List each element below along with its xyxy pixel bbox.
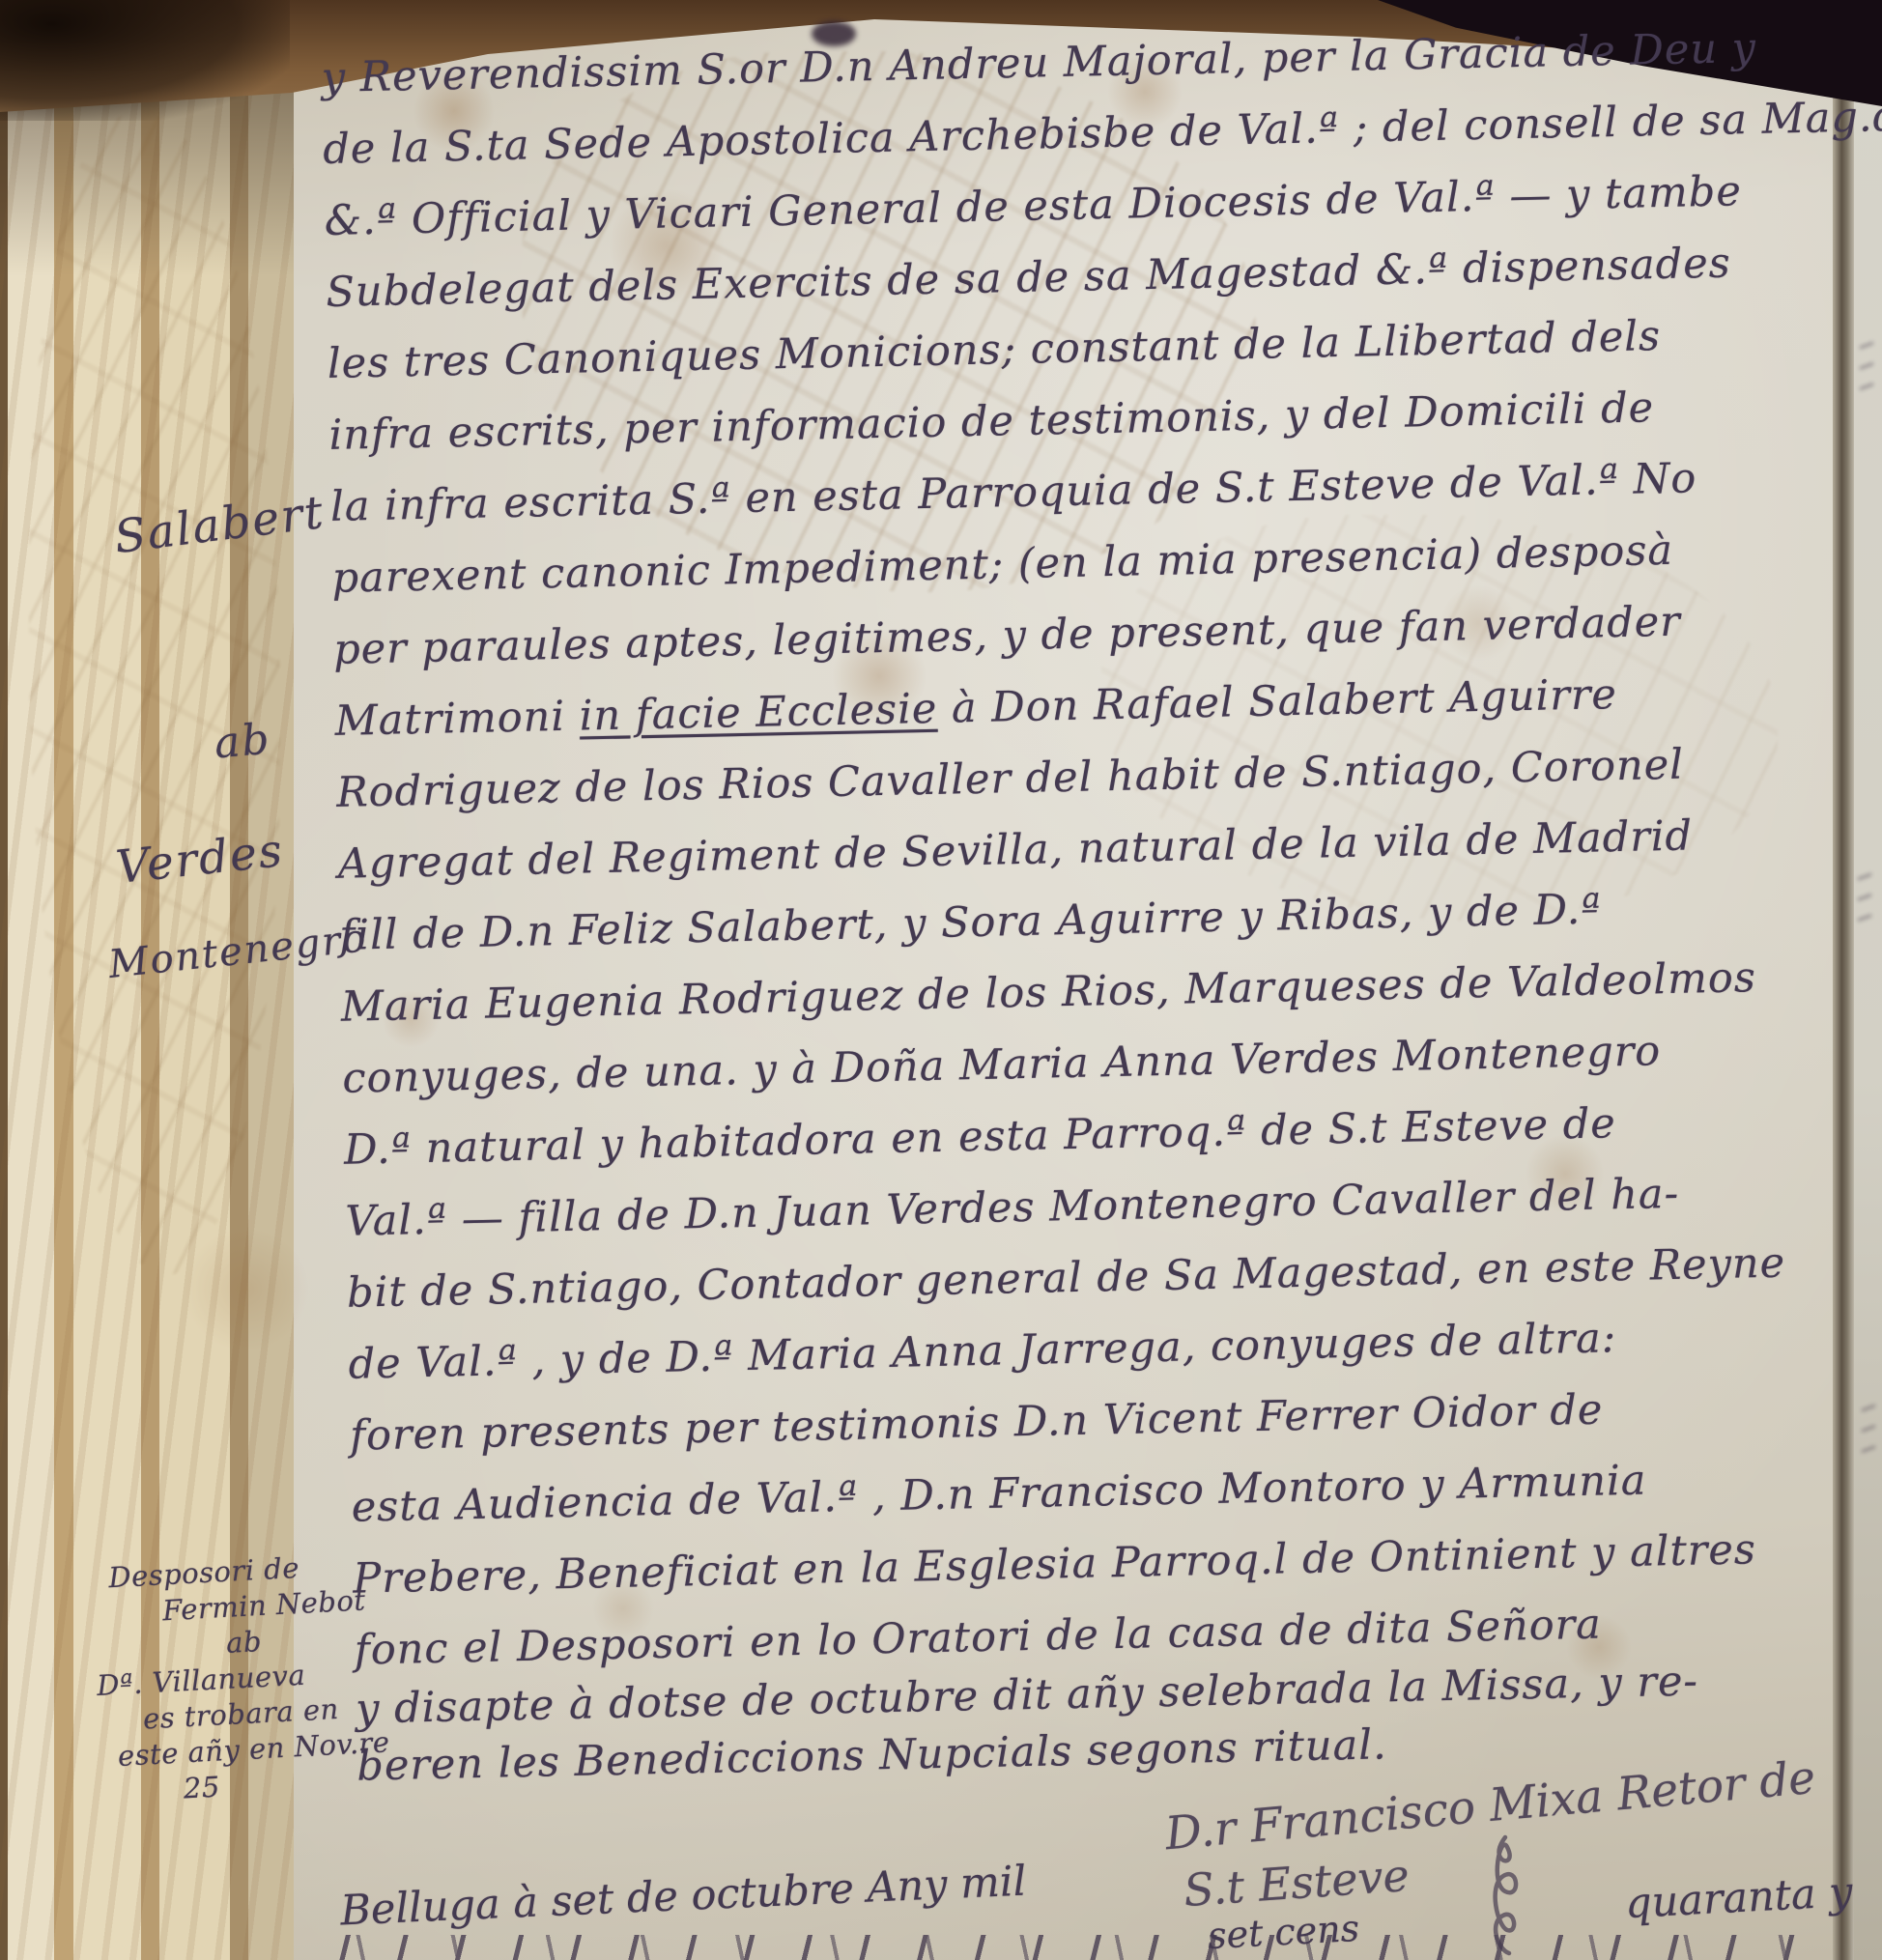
margin-note-conjunction: ab [213, 715, 273, 769]
manuscript-photo: y Reverendissim S.or D.n Andreu Majoral,… [0, 0, 1882, 1960]
dark-corner-top-left [0, 0, 290, 121]
entry-body-text: y Reverendissim S.or D.n Andreu Majoral,… [321, 10, 1882, 1802]
underlined-phrase: in facie Ecclesie [579, 685, 938, 741]
cutoff-line-strokes [319, 1935, 1836, 1960]
margin-cross-reference-note: Desposori deFermin NebotabDª. Villanueva… [78, 1546, 410, 1812]
